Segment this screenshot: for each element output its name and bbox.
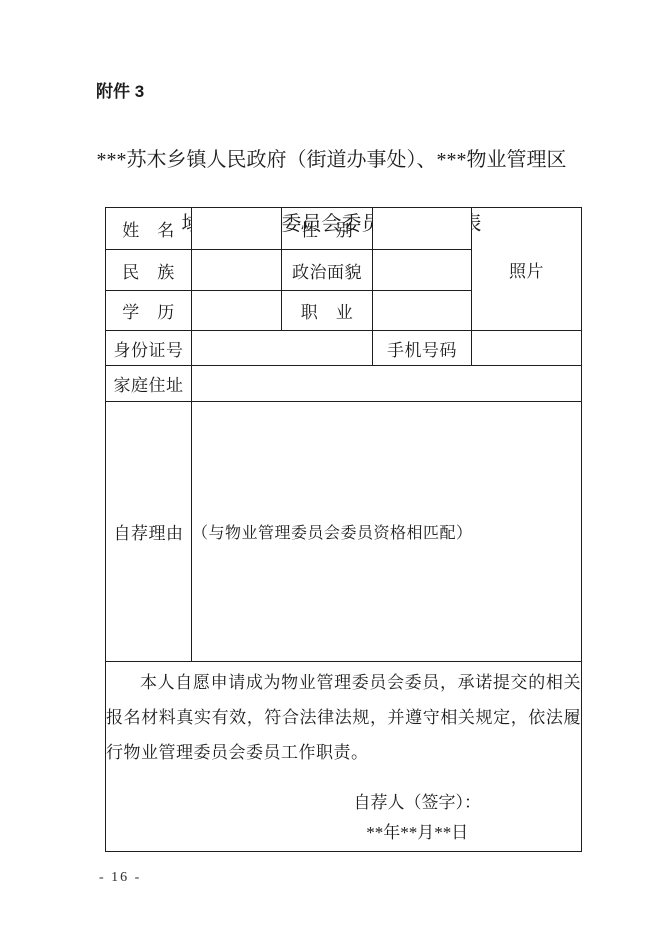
table-row: 姓 名 性 别 照片	[106, 208, 582, 250]
reason-hint: （与物业管理委员会委员资格相匹配）	[192, 520, 581, 543]
mobile-field[interactable]	[472, 331, 582, 366]
education-field[interactable]	[192, 291, 282, 331]
self-recommendation-form-table: 姓 名 性 别 照片 民 族 政治面貌 学 历 职 业 身份证号	[105, 207, 582, 852]
ethnicity-label: 民 族	[106, 250, 192, 291]
gender-label: 性 别	[282, 208, 373, 250]
occupation-field[interactable]	[373, 291, 472, 331]
declaration-cell: 本人自愿申请成为物业管理委员会委员，承诺提交的相关报名材料真实有效，符合法律法规…	[106, 662, 582, 852]
table-row: 本人自愿申请成为物业管理委员会委员，承诺提交的相关报名材料真实有效，符合法律法规…	[106, 662, 582, 852]
photo-box[interactable]: 照片	[472, 208, 582, 331]
signature-label[interactable]: 自荐人（签字）：	[354, 788, 482, 818]
document-page: 附件 3 ***苏木乡镇人民政府（街道办事处）、***物业管理区 域物业管理委员…	[0, 0, 663, 925]
declaration-text: 本人自愿申请成为物业管理委员会委员，承诺提交的相关报名材料真实有效，符合法律法规…	[106, 665, 581, 770]
table-row: 自荐理由 （与物业管理委员会委员资格相匹配）	[106, 402, 582, 662]
reason-field[interactable]: （与物业管理委员会委员资格相匹配）	[192, 402, 582, 662]
page-number: - 16 -	[99, 870, 141, 886]
address-field[interactable]	[192, 366, 582, 402]
name-label: 姓 名	[106, 208, 192, 250]
id-number-label: 身份证号	[106, 331, 192, 366]
reason-label: 自荐理由	[106, 402, 192, 662]
signature-block: 自荐人（签字）： **年**月**日	[354, 788, 482, 848]
mobile-label: 手机号码	[373, 331, 472, 366]
date-placeholder[interactable]: **年**月**日	[354, 818, 482, 848]
gender-field[interactable]	[373, 208, 472, 250]
table-row: 身份证号 手机号码	[106, 331, 582, 366]
political-status-field[interactable]	[373, 250, 472, 291]
table-row: 家庭住址	[106, 366, 582, 402]
ethnicity-field[interactable]	[192, 250, 282, 291]
id-number-field[interactable]	[192, 331, 373, 366]
name-field[interactable]	[192, 208, 282, 250]
occupation-label: 职 业	[282, 291, 373, 331]
political-status-label: 政治面貌	[282, 250, 373, 291]
address-label: 家庭住址	[106, 366, 192, 402]
education-label: 学 历	[106, 291, 192, 331]
document-title-line1: ***苏木乡镇人民政府（街道办事处）、***物业管理区	[0, 144, 663, 176]
attachment-label: 附件 3	[96, 80, 144, 104]
